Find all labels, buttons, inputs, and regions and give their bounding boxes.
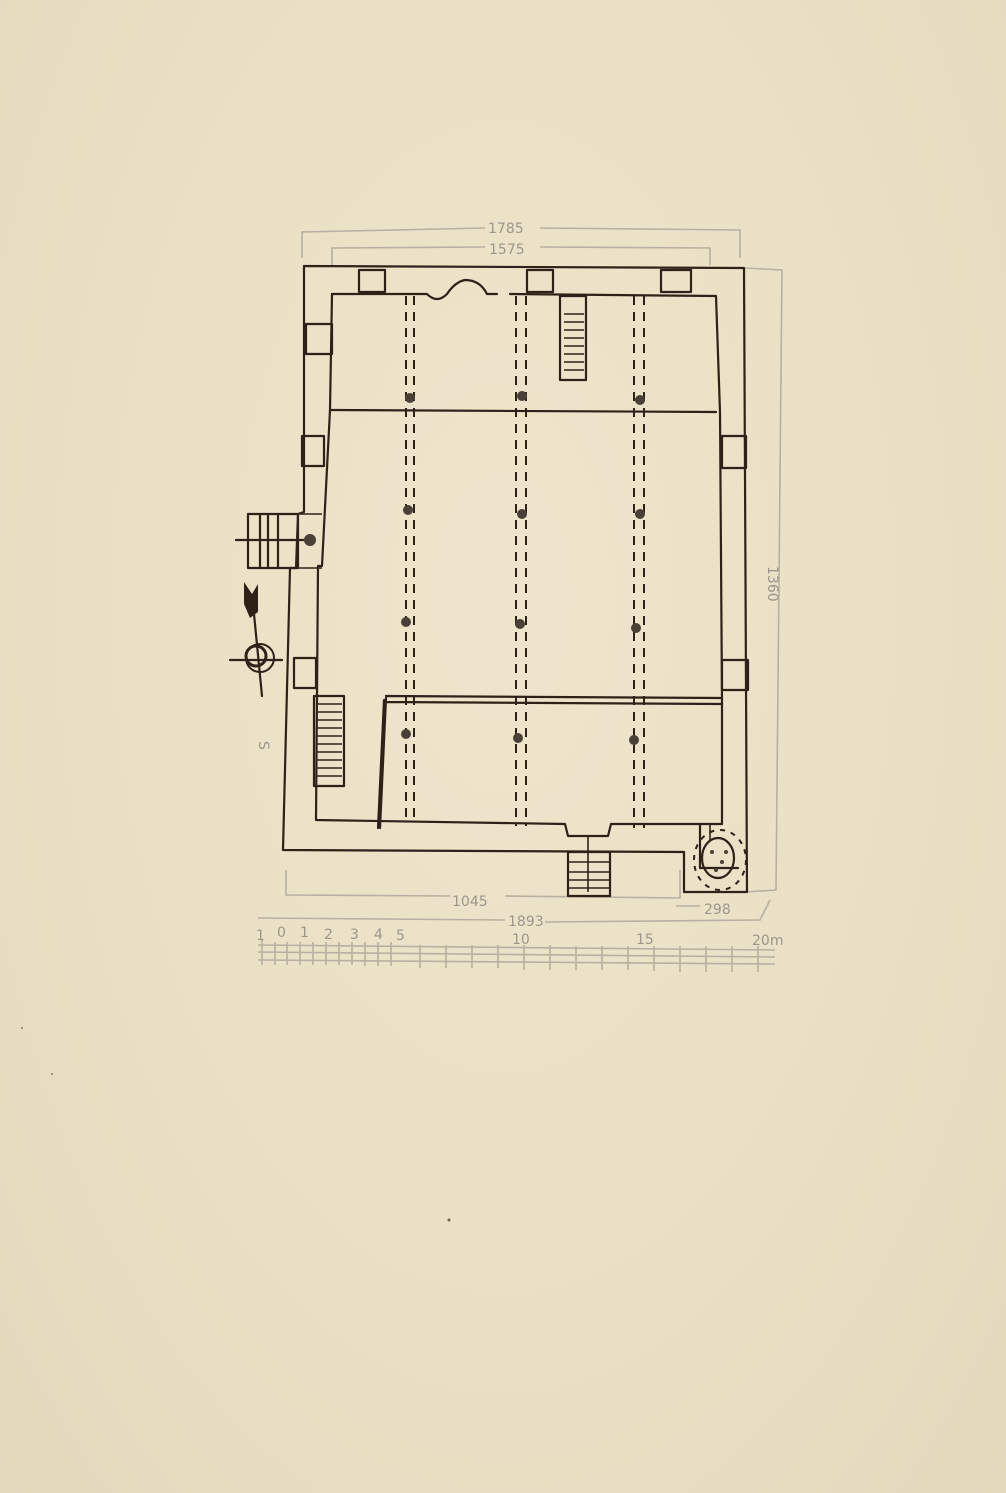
dimension-right: 1360: [745, 268, 782, 892]
dim-bottom-outer: 1893: [508, 914, 544, 930]
svg-text:3: 3: [350, 927, 359, 943]
floor-plan: 1785 1575 1360 1045 1893 298 S 1 0 1 2 3…: [0, 0, 1006, 1493]
north-arrow-icon: [230, 582, 282, 696]
column-bases: [401, 391, 645, 745]
dimension-bottom: 1045 1893 298 S: [255, 741, 770, 930]
dim-right: 1360: [764, 566, 780, 602]
corner-well: [694, 824, 746, 890]
north-stair: [560, 296, 586, 380]
svg-text:15: 15: [636, 932, 654, 948]
south-entrance-stair: [568, 836, 610, 896]
southwest-stair: [314, 696, 344, 786]
svg-text:1: 1: [256, 928, 265, 944]
svg-text:10: 10: [512, 932, 530, 948]
svg-text:2: 2: [324, 927, 333, 943]
dim-top-outer: 1785: [488, 221, 524, 237]
column-rows: [401, 296, 645, 828]
west-entrance-stair: [236, 514, 316, 568]
svg-text:0: 0: [277, 925, 286, 941]
dim-left-mark: S: [255, 741, 271, 750]
dim-corner: 298: [704, 902, 731, 918]
dimension-top: 1785 1575: [302, 221, 740, 265]
svg-text:1: 1: [300, 925, 309, 941]
dim-bottom-inner: 1045: [452, 894, 488, 910]
dim-top-inner: 1575: [489, 242, 525, 258]
svg-text:20m: 20m: [752, 933, 783, 949]
scale-bar: 1 0 1 2 3 4 5 10 15 20m: [256, 925, 783, 972]
svg-text:5: 5: [396, 928, 405, 944]
svg-text:4: 4: [374, 927, 383, 943]
